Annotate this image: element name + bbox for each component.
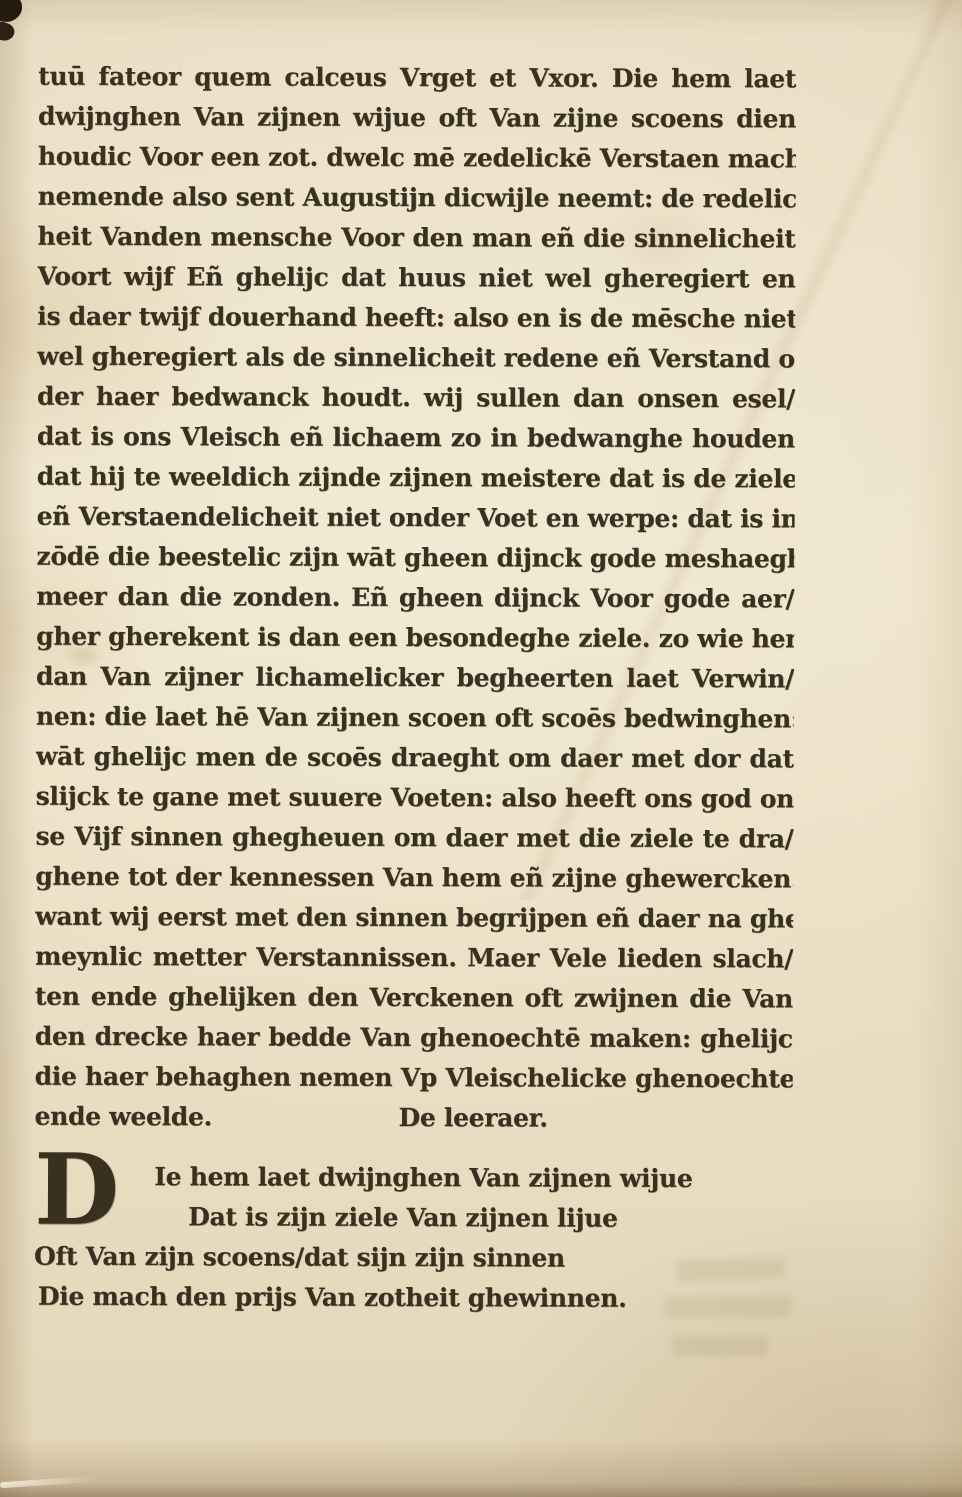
section-heading: De leeraer.: [398, 1098, 547, 1139]
prose-line: den drecke haer bedde Van ghenoechtē mak…: [35, 1017, 793, 1060]
prose-line: want wij eerst met den sinnen begrijpen …: [35, 897, 793, 940]
prose-line: dan Van zijner lichamelicker begheerten …: [36, 657, 794, 700]
verse-block: D Ie hem laet dwijnghen Van zijnen wijue…: [34, 1157, 793, 1320]
verse-line: Ie hem laet dwijnghen Van zijnen wijue: [154, 1157, 792, 1199]
verse-line: Die mach den prijs Van zotheit ghewinnen…: [38, 1277, 792, 1320]
binding-edge-mark: [0, 0, 26, 26]
prose-block: tuū fateor quem calceus Vrget et Vxor. D…: [35, 57, 797, 1100]
prose-line: wāt ghelijc men de scoēs draeght om daer…: [36, 737, 794, 780]
book-page-scan: tuū fateor quem calceus Vrget et Vxor. D…: [0, 0, 962, 1497]
prose-line: Voort wijf Eñ ghelijc dat huus niet wel …: [37, 257, 795, 300]
prose-line: nen: die laet hē Van zijnen scoen oft sc…: [36, 697, 794, 740]
prose-line: ten ende ghelijken den Verckenen oft zwi…: [35, 977, 793, 1020]
prose-line: eñ Verstaendelicheit niet onder Voet en …: [37, 497, 795, 540]
prose-line: meer dan die zonden. Eñ gheen dijnck Voo…: [36, 577, 794, 620]
closing-line: ende weelde. De leeraer.: [34, 1097, 792, 1140]
show-through-ghost: [672, 1336, 768, 1356]
prose-line: nemende also sent Augustijn dicwijle nee…: [38, 177, 796, 220]
prose-line: heit Vanden mensche Voor den man eñ die …: [38, 217, 796, 260]
prose-line: slijck te gane met suuere Voeten: also h…: [36, 777, 794, 820]
drop-cap-initial: D: [34, 1151, 119, 1231]
prose-line: tuū fateor quem calceus Vrget et Vxor. D…: [38, 57, 796, 100]
prose-line: dwijnghen Van zijnen wijue oft Van zijne…: [38, 97, 796, 140]
prose-line: zōdē die beestelic zijn wāt gheen dijnck…: [36, 537, 794, 580]
prose-line: is daer twijf douerhand heeft: also en i…: [37, 297, 795, 340]
text-block: tuū fateor quem calceus Vrget et Vxor. D…: [34, 57, 796, 1320]
verse-line: Dat is zijn ziele Van zijnen lijue: [188, 1197, 792, 1239]
verse-line: Oft Van zijn scoens/dat sijn zijn sinnen: [34, 1237, 792, 1280]
prose-line: dat hij te weeldich zijnde zijnen meiste…: [37, 457, 795, 500]
prose-line: ghene tot der kennessen Van hem eñ zijne…: [35, 857, 793, 900]
prose-line: meynlic metter Verstannissen. Maer Vele …: [35, 937, 793, 980]
bottom-edge-shadow: [0, 1483, 962, 1497]
prose-line: se Vijf sinnen ghegheuen om daer met die…: [35, 817, 793, 860]
prose-line: gher gherekent is dan een besondeghe zie…: [36, 617, 794, 660]
prose-line: houdic Voor een zot. dwelc mē zedelickē …: [38, 137, 796, 180]
prose-line: wel gheregiert als de sinnelicheit reden…: [37, 337, 795, 380]
prose-line: der haer bedwanck houdt. wij sullen dan …: [37, 377, 795, 420]
closing-text: ende weelde.: [34, 1102, 212, 1132]
prose-line: die haer behaghen nemen Vp Vleischelicke…: [35, 1057, 793, 1100]
prose-line: dat is ons Vleisch eñ lichaem zo in bedw…: [37, 417, 795, 460]
